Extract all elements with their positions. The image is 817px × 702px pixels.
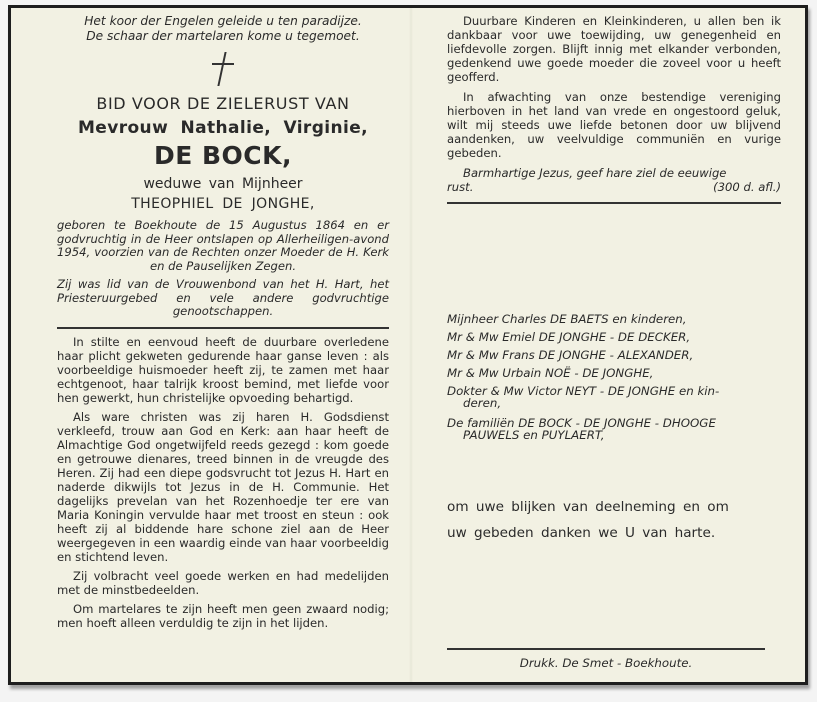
indulgence-note: (300 d. afl.) [713,180,781,194]
widow-of-label: weduwe van Mijnheer [57,176,389,192]
angel-verse: Het koor der Engelen geleide u ten parad… [57,14,389,44]
thanks-line: om uwe blijken van deelneming en om [447,494,781,520]
left-panel: Het koor der Engelen geleide u ten parad… [11,8,411,682]
family-entry: De familiën DE BOCK - DE JONGHE - DHOOGE [447,410,781,430]
body-paragraph: Duurbare Kinderen en Kleinkinderen, u al… [447,14,781,84]
thanks-line: uw gebeden danken we U van harte. [447,520,781,546]
body-paragraph: Om martelares te zijn heeft men geen zwa… [57,602,389,630]
prayer-end: rust. [447,180,473,194]
prayer-invocation-end: rust. (300 d. afl.) [447,180,781,194]
family-entry-continued: deren, [447,396,781,410]
husband-name: THEOPHIEL DE JONGHE, [57,196,389,212]
divider [447,202,781,204]
right-panel: Duurbare Kinderen en Kleinkinderen, u al… [411,8,805,682]
prayer-heading: BID VOOR DE ZIELERUST VAN [57,94,389,113]
verse-line: Het koor der Engelen geleide u ten parad… [57,14,389,29]
prayer-card: Het koor der Engelen geleide u ten parad… [8,5,808,685]
divider [447,648,765,650]
verse-line: De schaar der martelaren kome u tegemoet… [57,29,389,44]
birth-death-details: geboren te Boekhoute de 15 Augustus 1864… [57,219,389,273]
deceased-given-names: Mevrouw Nathalie, Virginie, [57,118,389,138]
prayer-invocation: Barmhartige Jezus, geef hare ziel de eeu… [447,166,781,180]
body-paragraph: Zij volbracht veel goede werken en had m… [57,569,389,597]
family-entry-continued: PAUWELS en PUYLAERT, [447,428,781,442]
family-entry: Mr & Mw Emiel DE JONGHE - DE DECKER, [447,328,781,346]
deceased-surname: DE BOCK, [57,141,389,170]
family-entry: Mr & Mw Frans DE JONGHE - ALEXANDER, [447,346,781,364]
family-list: Mijnheer Charles DE BAETS en kinderen, M… [447,310,781,442]
body-paragraph: In afwachting van onze bestendige vereni… [447,90,781,160]
body-paragraph: In stilte en eenvoud heeft de duurbare o… [57,335,389,405]
latin-cross-icon [208,52,238,86]
membership-details: Zij was lid van de Vrouwenbond van het H… [57,278,389,319]
family-entry: Mijnheer Charles DE BAETS en kinderen, [447,310,781,328]
printer-imprint: Drukk. De Smet - Boekhoute. [447,656,765,670]
thanks-text: om uwe blijken van deelneming en om uw g… [447,494,781,546]
divider [57,327,389,329]
family-entry: Mr & Mw Urbain NOË - DE JONGHE, [447,364,781,382]
body-paragraph: Als ware christen was zij haren H. Godsd… [57,410,389,564]
